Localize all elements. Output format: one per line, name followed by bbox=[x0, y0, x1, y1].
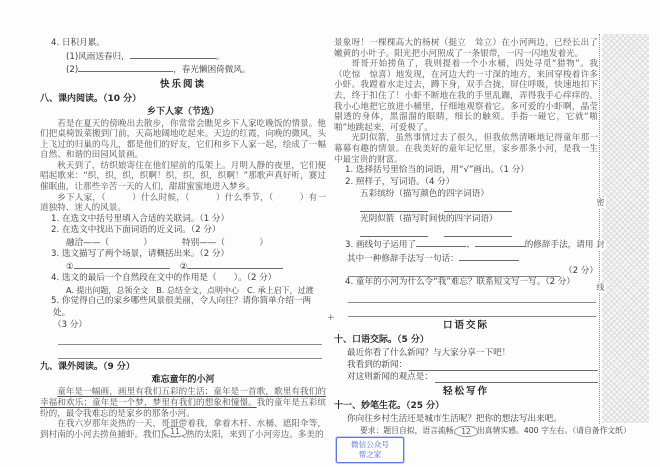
question-2: 2. 照样子，写词语。（4 分） bbox=[347, 177, 598, 189]
answer-blank bbox=[459, 252, 519, 261]
section-header-happy-reading: 快乐阅读 bbox=[40, 78, 326, 91]
question-5: 5. 你觉得自己的家乡哪些风景很美丽，令人向往？请你简单介绍一两处。 bbox=[53, 296, 326, 319]
passage-paragraph: 景象呀！一棵棵高大的杨树（挺立 耸立）在小河两边，已经长出了嫩黄的小叶子。阳光把… bbox=[334, 38, 598, 59]
answer-blank bbox=[360, 203, 428, 212]
answer-line bbox=[348, 265, 560, 277]
opinion-label: 对这则新闻的观点是： bbox=[347, 371, 433, 383]
question-4-options: A. 提出问题，总领全文 B. 总结全文，点明中心 C. 承上启下，过渡 bbox=[66, 285, 326, 297]
answer-line bbox=[348, 290, 596, 303]
question-1: 1. 选择括号里恰当的词语，用“√”画出。（1 分） bbox=[347, 165, 598, 177]
oral-intro: 最近你看了什么新闻？与大家分享一下吧！ bbox=[347, 347, 598, 359]
circle-2-label: ② bbox=[180, 262, 188, 272]
footer-ornament: ⋯⋯ bbox=[480, 427, 498, 436]
passage-paragraph: 童年是一幅画，画里有我们五彩的生活；童年是一首歌，歌里有我们的幸福和欢乐；童年是… bbox=[40, 387, 326, 419]
fill-line-2: (2)，春光懒困倚微风。 bbox=[66, 63, 326, 76]
answer-blank bbox=[475, 238, 525, 247]
example-word-2: 光阴似箭（描写时间快的四字词语） bbox=[360, 213, 598, 225]
question-2: 2. 在选文中找出下面词语的近义词。（2 分） bbox=[53, 225, 326, 237]
question-3-score: （2 分） bbox=[564, 265, 598, 277]
section-header-oral: 口语交际 bbox=[334, 319, 598, 332]
answer-blank bbox=[444, 228, 512, 237]
section11-title: 十一、妙笔生花。（25 分） bbox=[334, 400, 598, 412]
answer-blank bbox=[130, 50, 216, 59]
seal-char-feng: 封 bbox=[595, 240, 606, 250]
passage-paragraph: 秋天到了，纺织娘寄住在他们屋前的瓜架上。月明人静的夜里，它们便唱起歌来：“织，织… bbox=[40, 161, 326, 193]
left-page: 4. 日积月累。 (1)风雨送春归，。 (2)，春光懒困倚微风。 快乐阅读 八、… bbox=[40, 38, 326, 440]
poem-line-2-num: (2) bbox=[66, 65, 78, 75]
passage-paragraph: 若是在夏天的傍晚出去散步，你常常会瞧见乡下人家吃晚饭的情景。他们把桌椅饭菜搬到门… bbox=[40, 119, 326, 161]
word-blanks bbox=[360, 225, 598, 238]
section8-title: 八、课内阅读。（10 分） bbox=[40, 93, 326, 105]
example-word-1: 五彩缤纷（描写颜色的四字词语） bbox=[360, 188, 598, 200]
fill-line-1: (1)风雨送春归，。 bbox=[66, 50, 326, 63]
synonym-fill-line: 融洽——（ ） 特别——（ ） bbox=[66, 237, 326, 249]
answer-blank bbox=[416, 238, 466, 247]
passage-paragraph-fill: 乡下人家，（ ）什么时候，（ ）什么季节，（ ）有一道独特、迷人的风景。 bbox=[40, 193, 326, 214]
answer-line bbox=[58, 346, 322, 359]
passage-paragraph: 哥哥开始捞鱼了，我则提着一个小水桶，四处寻觅“猎物”。我（吃惊 惊喜）地发现，在… bbox=[334, 59, 598, 133]
wechat-watermark-box: 微信公众号 帮之家 bbox=[336, 437, 404, 463]
page-number-cloud: 12 bbox=[454, 426, 478, 437]
wechat-line1: 微信公众号 bbox=[338, 440, 402, 450]
footer-ornament: ⋯⋯ bbox=[189, 427, 207, 436]
news-label: 我看到的新闻： bbox=[347, 359, 407, 371]
section10-title: 十、口语交际。（5 分） bbox=[334, 334, 598, 346]
question-4: 4. 童年的小河为什么令“我”难忘？联系短文写一写。（2 分） bbox=[347, 277, 598, 289]
daily-accumulation-title: 4. 日积月累。 bbox=[53, 38, 326, 50]
poem-line-1: (1)风雨送春归， bbox=[66, 52, 130, 62]
right-page: 景象呀！一棵棵高大的杨树（挺立 耸立）在小河两边，已经长出了嫩黄的小叶子。阳光把… bbox=[334, 38, 598, 436]
answer-blank bbox=[187, 260, 283, 269]
answer-line bbox=[348, 304, 596, 317]
seal-char-xian: 线 bbox=[595, 283, 606, 293]
opinion-fill-line: 对这则新闻的观点是： bbox=[347, 371, 598, 383]
answer-blank bbox=[444, 203, 512, 212]
question-1: 1. 在选文中括号里填入合适的关联词。（1 分） bbox=[53, 214, 326, 226]
answer-blank bbox=[409, 362, 598, 371]
page-number-cloud: 11 bbox=[163, 426, 187, 437]
circle-1-label: ① bbox=[66, 262, 74, 272]
question-3: 3. 画线句子运用了、的修辞手法，请用其中一种修辞手法写一句话： bbox=[347, 238, 598, 265]
seal-char-mi: 密 bbox=[595, 198, 606, 208]
answer-blank bbox=[74, 260, 170, 269]
passage-title-xiangxia: 乡下人家（节选） bbox=[40, 106, 326, 118]
answer-line bbox=[58, 332, 322, 345]
footer-ornament: ⋯⋯ bbox=[434, 427, 452, 436]
answer-blank bbox=[78, 63, 173, 72]
scanned-exam-spread: 4. 日积月累。 (1)风雨送春归，。 (2)，春光懒困倚微风。 快乐阅读 八、… bbox=[0, 0, 660, 467]
poem-line-2: ，春光懒困倚微风。 bbox=[173, 65, 250, 75]
news-fill-line: 我看到的新闻： bbox=[347, 359, 598, 371]
wechat-line2: 帮之家 bbox=[338, 450, 402, 460]
passage-title-xiaohe: 难忘童年的小河 bbox=[40, 374, 326, 386]
question-3-sep: 、 bbox=[466, 240, 475, 250]
registration-mark: + bbox=[327, 313, 335, 323]
poem-line-1-end: 。 bbox=[216, 52, 225, 62]
score-line: （2 分） bbox=[348, 265, 598, 277]
question-3: 3. 选文描写了两个场景，请概括出来。（2 分） bbox=[53, 249, 326, 261]
question-5-score: （3 分） bbox=[53, 319, 326, 331]
question-4: 4. 选文的最后一个自然段在文中的作用是（ ）。（2 分） bbox=[53, 273, 326, 285]
section-header-writing: 轻松写作 bbox=[334, 385, 598, 398]
right-page-footer: ⋯⋯12⋯⋯ bbox=[406, 426, 526, 437]
seal-dotted-line bbox=[599, 34, 600, 424]
left-page-footer: ⋯⋯11⋯⋯ bbox=[115, 426, 235, 437]
passage-paragraph: 光阴似箭，虽然事情过去了很久，但我依然清晰地记得童年那一幕幕有趣的情景。在我美好… bbox=[334, 133, 598, 165]
scene-blank-line: ①② bbox=[66, 260, 326, 273]
binding-hatch-strip bbox=[602, 34, 649, 423]
answer-blank bbox=[360, 228, 428, 237]
writing-prompt: 你向往乡村生活还是城市生活呢？把你的想法写出来吧。 bbox=[347, 413, 598, 425]
answer-blank bbox=[435, 374, 598, 383]
word-blanks bbox=[360, 200, 598, 213]
section9-title: 九、课外阅读。（9 分） bbox=[40, 361, 326, 373]
footer-ornament: ⋯⋯ bbox=[143, 427, 161, 436]
question-3-text: 3. 画线句子运用了 bbox=[345, 240, 416, 250]
